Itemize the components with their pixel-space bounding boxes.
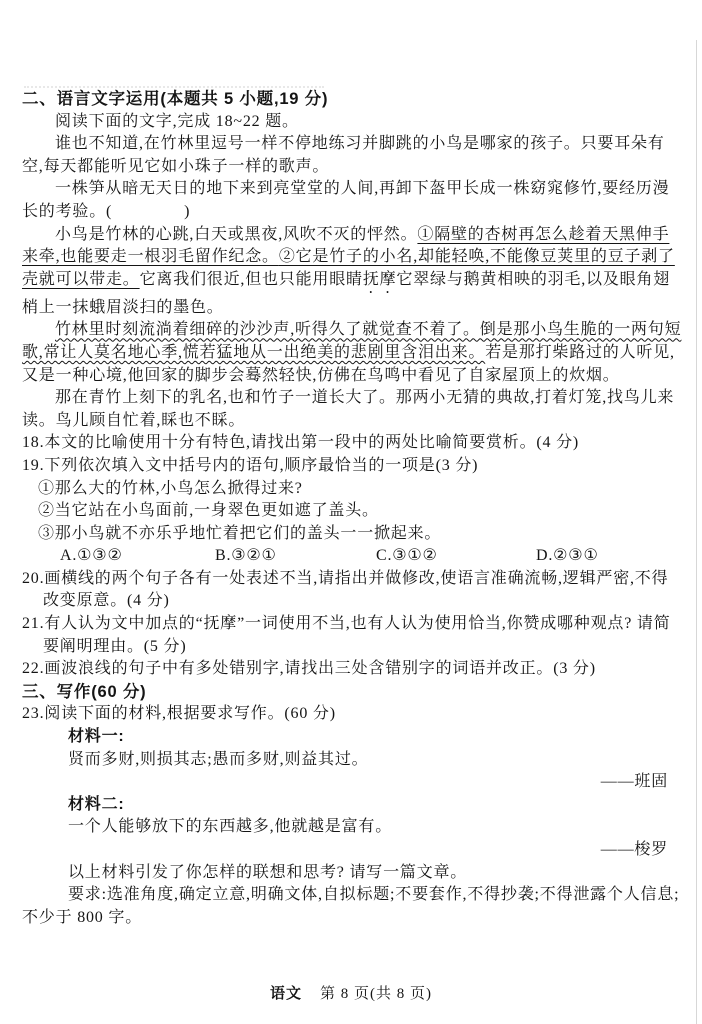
footer-subject: 语文 [270,985,302,1002]
exam-content: 二、语言文字运用(本题共 5 小题,19 分) 阅读下面的文字,完成 18~22… [22,88,682,929]
question-22: 22.画波浪线的句子中有多处错别字,请找出三处含错别字的词语并改正。(3 分) [22,658,682,681]
q19-item-1: ①那么大的竹林,小鸟怎么掀得过来? [22,478,682,501]
passage-paragraph-5: 那在青竹上刻下的乳名,也和竹子一道长大了。那两小无猜的典故,打着灯笼,找鸟儿来读… [22,387,682,432]
question-20: 20.画横线的两个句子各有一处表述不当,请指出并做修改,使语言准确流畅,逻辑严密… [22,568,682,613]
question-18: 18.本文的比喻使用十分有特色,请找出第一段中的两处比喻简要赏析。(4 分) [22,432,682,455]
material-1-attribution: ——班固 [22,771,682,794]
material-2-quote: 一个人能够放下的东西越多,他就越是富有。 [68,816,682,839]
writing-prompt: 以上材料引发了你怎样的联想和思考? 请写一篇文章。 [22,862,682,885]
material-1-quote: 贤而多财,则损其志;愚而多财,则益其过。 [68,749,682,772]
section-heading-language-use: 二、语言文字运用(本题共 5 小题,19 分) [22,88,682,111]
dotted-word: 抚摩 [363,271,397,288]
material-2-block: 材料二: 一个人能够放下的东西越多,他就越是富有。 [68,794,682,839]
material-1-label: 材料一: [68,726,682,749]
passage-paragraph-2-close: ) [184,203,190,220]
q19-option-d: D.②③① [536,545,599,568]
material-2-attribution: ——梭罗 [22,839,682,862]
footer-page-info: 第 8 页(共 8 页) [320,986,432,1002]
passage-paragraph-3-mid: 它离我们很近,但也只能用眼睛 [140,271,363,288]
page-footer: 语文第 8 页(共 8 页) [0,982,702,1003]
passage-paragraph-3: 小鸟是竹林的心跳,白天或黑夜,风吹不灭的怦然。①隔壁的杏树再怎么趁着天黑伸手来牵… [22,224,682,320]
question-23-stem: 23.阅读下面的材料,根据要求写作。(60 分) [22,703,682,726]
material-1-block: 材料一: 贤而多财,则损其志;愚而多财,则益其过。 [68,726,682,771]
question-19-stem: 19.下列依次填入文中括号内的语句,顺序最恰当的一项是(3 分) [22,455,682,478]
question-21: 21.有人认为文中加点的“抚摩”一词使用不当,也有人认为使用恰当,你赞成哪种观点… [22,613,682,658]
reading-instruction: 阅读下面的文字,完成 18~22 题。 [22,111,682,134]
passage-paragraph-2-text: 一株笋从暗无天日的地下来到亮堂堂的人间,再卸下盔甲长成一株窈窕修竹,要经历漫长的… [22,180,669,220]
writing-requirements: 要求:选准角度,确定立意,明确文体,自拟标题;不要套作,不得抄袭;不得泄露个人信… [22,884,682,929]
passage-paragraph-2: 一株笋从暗无天日的地下来到亮堂堂的人间,再卸下盔甲长成一株窈窕修竹,要经历漫长的… [22,178,682,223]
exam-page: 二、语言文字运用(本题共 5 小题,19 分) 阅读下面的文字,完成 18~22… [0,0,702,1024]
q19-option-a: A.①③② [60,545,123,568]
q19-options-row: A.①③② B.③②① C.③①② D.②③① [22,545,682,568]
passage-paragraph-4: 竹林里时刻流淌着细碎的沙沙声,听得久了就觉查不着了。倒是那小鸟生脆的一两句短歌,… [22,319,682,387]
material-2-label: 材料二: [68,794,682,817]
q19-item-2: ②当它站在小鸟面前,一身翠色更如遮了盖头。 [22,500,682,523]
q19-option-b: B.③②① [215,545,277,568]
passage-paragraph-3-lead: 小鸟是竹林的心跳,白天或黑夜,风吹不灭的怦然。 [55,226,417,243]
section-heading-writing: 三、写作(60 分) [22,681,682,704]
scan-page-edge [696,40,697,1024]
q19-option-c: C.③①② [376,545,438,568]
passage-paragraph-1: 谁也不知道,在竹林里逗号一样不停地练习并脚跳的小鸟是哪家的孩子。只要耳朵有空,每… [22,133,682,178]
q19-item-3: ③那小鸟就不亦乐乎地忙着把它们的盖头一一掀起来。 [22,523,682,546]
